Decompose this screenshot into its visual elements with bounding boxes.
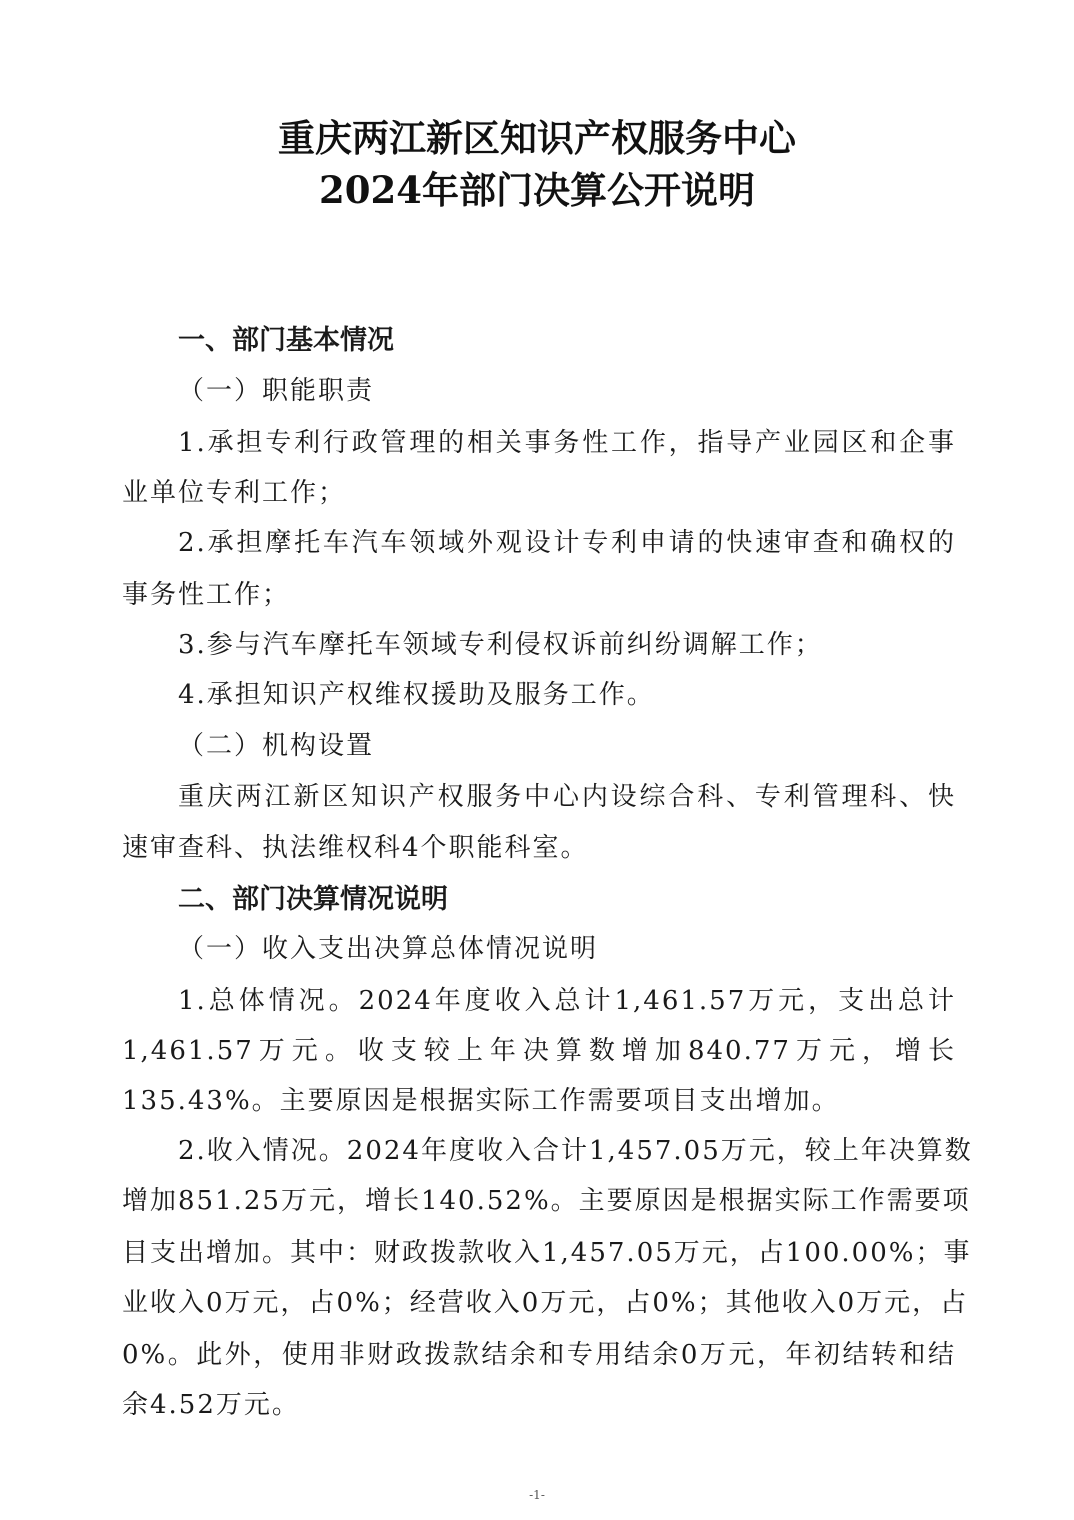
- paragraph-line: 1.承担专利行政管理的相关事务性工作，指导产业园区和企事: [178, 422, 956, 459]
- page-number: -1-: [0, 1488, 1074, 1502]
- paragraph-line: 3.参与汽车摩托车领域专利侵权诉前纠纷调解工作；: [178, 624, 823, 661]
- document-title-line2: 2024年部门决算公开说明: [0, 160, 1074, 214]
- document-title-line1: 重庆两江新区知识产权服务中心: [0, 108, 1074, 162]
- subsection-heading: （一）收入支出决算总体情况说明: [178, 928, 598, 965]
- paragraph-line: 2.收入情况。2024年度收入合计1,457.05万元，较上年决算数: [178, 1130, 956, 1167]
- subsection-heading: （一）职能职责: [178, 370, 374, 407]
- section-heading-1: 一、部门基本情况: [178, 318, 394, 357]
- paragraph-line: 2.承担摩托车汽车领域外观设计专利申请的快速审查和确权的: [178, 522, 956, 559]
- paragraph-line: 135.43%。主要原因是根据实际工作需要项目支出增加。: [122, 1080, 840, 1117]
- paragraph-line: 速审查科、执法维权科4个职能科室。: [122, 827, 589, 864]
- paragraph-line: 1,461.57万元。收支较上年决算数增加840.77万元，增长: [122, 1030, 956, 1067]
- paragraph-line: 0%。此外，使用非财政拨款结余和专用结余0万元，年初结转和结: [122, 1334, 956, 1371]
- paragraph-line: 4.承担知识产权维权援助及服务工作。: [178, 674, 655, 711]
- paragraph-line: 增加851.25万元，增长140.52%。主要原因是根据实际工作需要项: [122, 1180, 956, 1217]
- paragraph-line: 业收入0万元，占0%；经营收入0万元，占0%；其他收入0万元，占: [122, 1282, 956, 1319]
- subsection-heading: （二）机构设置: [178, 725, 374, 762]
- paragraph-line: 业单位专利工作；: [122, 472, 346, 509]
- section-heading-2: 二、部门决算情况说明: [178, 877, 448, 916]
- paragraph-line: 1.总体情况。2024年度收入总计1,461.57万元，支出总计: [178, 980, 956, 1017]
- paragraph-line: 重庆两江新区知识产权服务中心内设综合科、专利管理科、快: [178, 776, 956, 813]
- paragraph-line: 目支出增加。其中：财政拨款收入1,457.05万元，占100.00%；事: [122, 1232, 956, 1269]
- paragraph-line: 事务性工作；: [122, 574, 290, 611]
- paragraph-line: 余4.52万元。: [122, 1384, 300, 1421]
